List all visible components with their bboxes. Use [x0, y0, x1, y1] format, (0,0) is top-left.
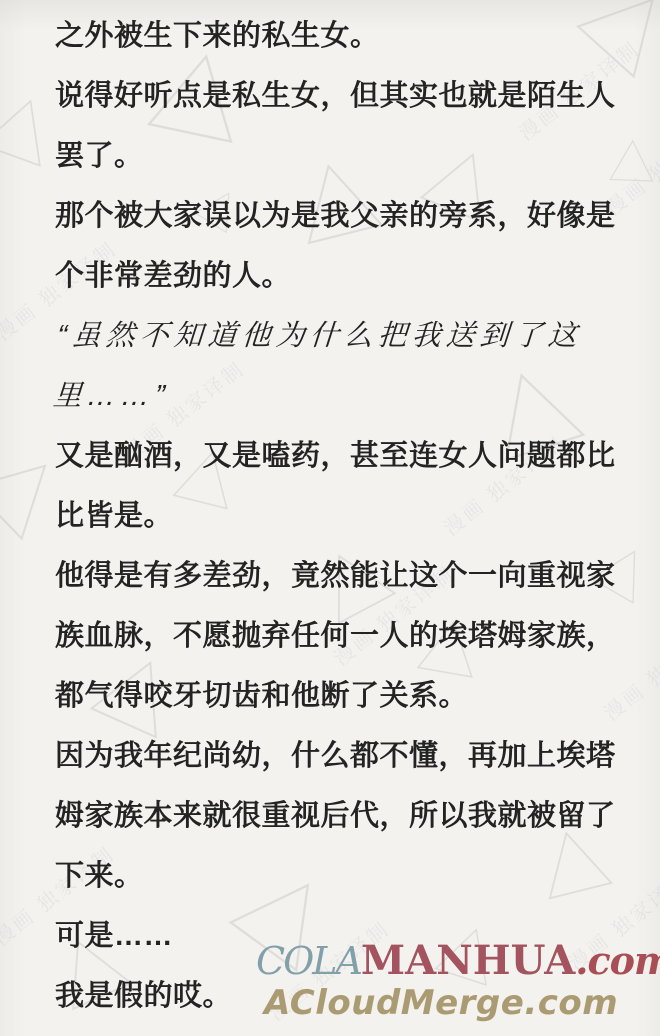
paragraph: 他得是有多差劲，竟然能让这个一向重视家 族血脉，不愿抛弃任何一人的埃塔姆家族， … — [55, 546, 622, 726]
colamanhua-manhua-text: MANHUA — [361, 937, 575, 984]
colamanhua-watermark: COLAMANHUA.com — [256, 941, 660, 981]
novel-text-content: 之外被生下来的私生女。说得好听点是私生女，但其实也就是陌生人 罢了。那个被大家误… — [0, 0, 660, 1036]
colamanhua-cola-text: COLA — [256, 939, 361, 983]
paragraph: 说得好听点是私生女，但其实也就是陌生人 罢了。 — [55, 66, 622, 186]
paragraph: 那个被大家误以为是我父亲的旁系，好像是 个非常差劲的人。 — [55, 186, 622, 306]
novel-text-page: 漫画 独家译制漫画 独家译制漫画 独家译制漫画 独家译制漫画 独家译制漫画 独家… — [0, 0, 660, 1036]
quote-paragraph: “虽然不知道他为什么把我送到了这 里……” — [51, 306, 626, 426]
paragraph: 又是酗酒，又是嗑药，甚至连女人问题都比 比皆是。 — [55, 426, 622, 546]
paragraph: 因为我年纪尚幼，什么都不懂，再加上埃塔 姆家族本来就很重视后代，所以我就被留了 … — [55, 726, 622, 906]
colamanhua-dotcom-text: .com — [575, 938, 660, 983]
acloudmerge-watermark: ACloudMerge.com — [264, 986, 618, 1020]
paragraph: 之外被生下来的私生女。 — [55, 6, 622, 66]
